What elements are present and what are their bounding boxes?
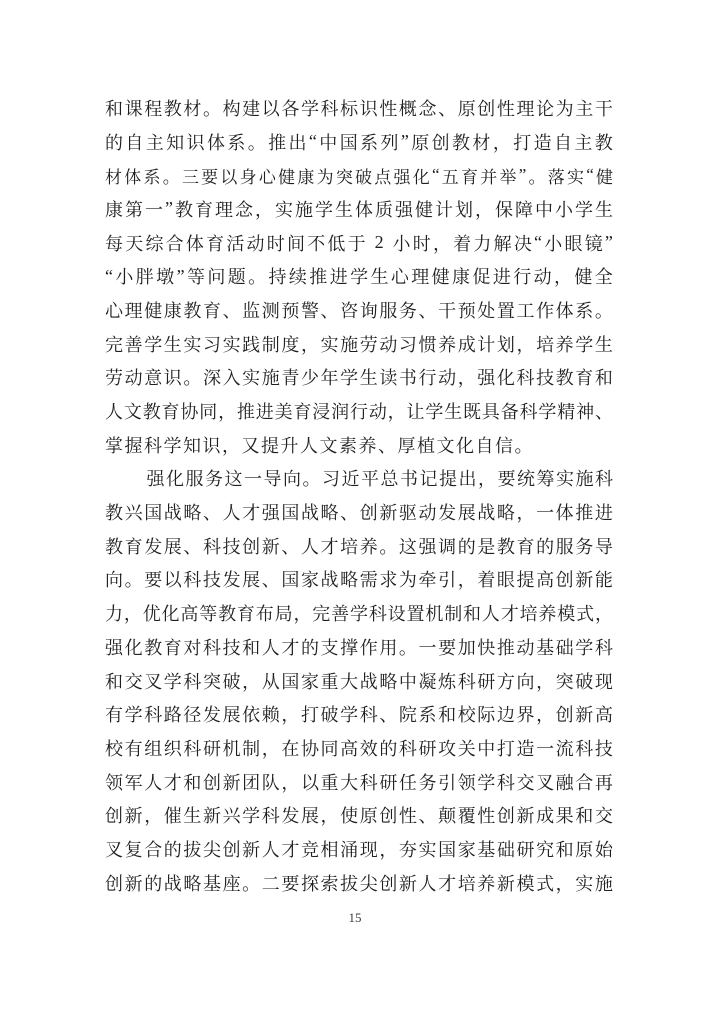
text-line: 力，优化高等教育布局，完善学科设置机制和人才培养模式， [105,596,613,630]
text-line: 劳动意识。深入实施青少年学生读书行动，强化科技教育和 [105,361,613,395]
text-line: 完善学生实习实践制度，实施劳动习惯养成计划，培养学生 [105,327,613,361]
text-line: 人文教育协同，推进美育浸润行动，让学生既具备科学精神、 [105,394,613,428]
text-line: 创新的战略基座。二要探索拔尖创新人才培养新模式，实施 [105,866,613,900]
text-line: 强化教育对科技和人才的支撑作用。一要加快推动基础学科 [105,630,613,664]
text-line: 有学科路径发展依赖，打破学科、院系和校际边界，创新高 [105,697,613,731]
text-line: 向。要以科技发展、国家战略需求为牵引，着眼提高创新能 [105,563,613,597]
text-line: 强化服务这一导向。习近平总书记提出，要统筹实施科 [105,462,613,496]
page-number: 15 [0,910,710,926]
text-line: 心理健康教育、监测预警、咨询服务、干预处置工作体系。 [105,293,613,327]
text-line: 材体系。三要以身心健康为突破点强化“五育并举”。落实“健 [105,158,613,192]
text-line: 和课程教材。构建以各学科标识性概念、原创性理论为主干 [105,91,613,125]
text-line: 创新，催生新兴学科发展，使原创性、颠覆性创新成果和交 [105,798,613,832]
text-line: 叉复合的拔尖创新人才竞相涌现，夯实国家基础研究和原始 [105,832,613,866]
text-line: 掌握科学知识，又提升人文素养、厚植文化自信。 [105,428,613,462]
text-line: 每天综合体育活动时间不低于 2 小时，着力解决“小眼镜” [105,226,613,260]
text-line: 教兴国战略、人才强国战略、创新驱动发展战略，一体推进 [105,495,613,529]
text-line: 和交叉学科突破，从国家重大战略中凝炼科研方向，突破现 [105,664,613,698]
document-body: 和课程教材。构建以各学科标识性概念、原创性理论为主干 的自主知识体系。推出“中国… [105,91,613,900]
text-line: 领军人才和创新团队，以重大科研任务引领学科交叉融合再 [105,765,613,799]
document-page: 和课程教材。构建以各学科标识性概念、原创性理论为主干 的自主知识体系。推出“中国… [0,0,720,1018]
text-line: 校有组织科研机制，在协同高效的科研攻关中打造一流科技 [105,731,613,765]
text-line: “小胖墩”等问题。持续推进学生心理健康促进行动，健全 [105,259,613,293]
text-line: 教育发展、科技创新、人才培养。这强调的是教育的服务导 [105,529,613,563]
text-line: 康第一”教育理念，实施学生体质强健计划，保障中小学生 [105,192,613,226]
text-line: 的自主知识体系。推出“中国系列”原创教材，打造自主教 [105,125,613,159]
